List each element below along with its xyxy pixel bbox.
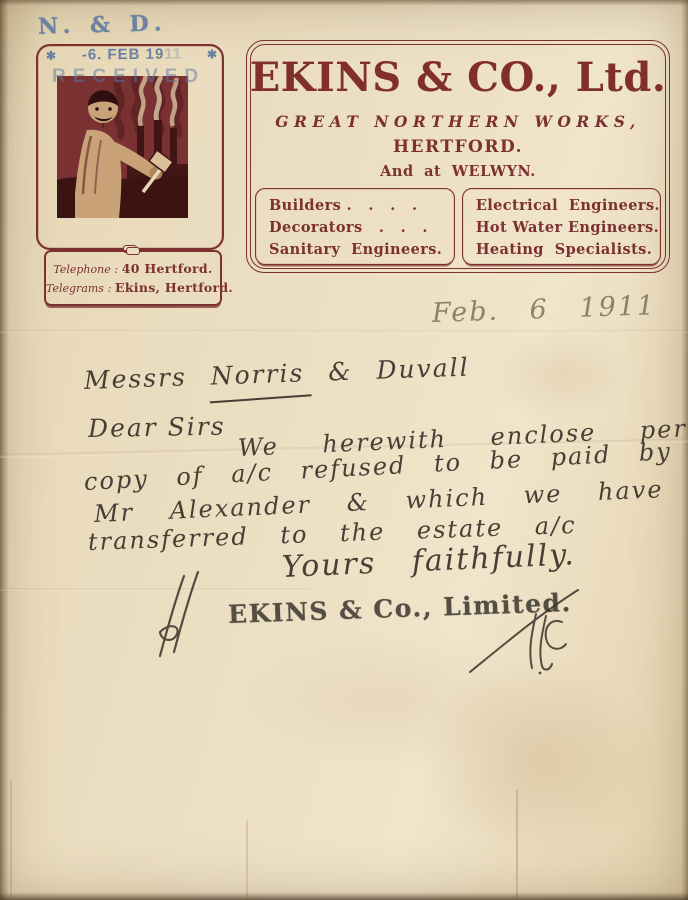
services-left-box: Builders . . . . Decorators . . . Sanita… [255,188,455,265]
fold-crease [246,820,248,900]
works-line: GREAT NORTHERN WORKS, [247,112,669,131]
per-pro-mark [150,568,220,660]
telephone-line: Telephone : 40 Hertford. [46,261,220,276]
age-stain [488,330,628,420]
handwritten-date: Feb. 6 1911 [431,290,656,329]
letterhead-box: EKINS & CO., Ltd. GREAT NORTHERN WORKS, … [246,40,670,273]
telegrams-label: Telegrams : [46,282,111,295]
addressee-name: Norris [210,358,305,390]
stamp-star-icon: ✱ [207,47,218,61]
paper-edge-top [0,0,688,6]
signature-monogram [462,588,584,676]
letter-page: N. & D. ✱-6. FEB 1911✱ RECEIVED [0,0,688,900]
service-item: Heating Specialists. [476,239,660,261]
salutation: Dear Sirs [88,412,226,443]
addressee-line: Messrs Norris & Duvall [83,353,470,395]
town-line: HERTFORD. [247,137,669,157]
fold-crease [0,330,688,333]
received-stamp-initials: N. & D. [38,10,168,39]
service-item: Electrical Engineers. [476,195,660,217]
fold-crease [10,780,12,900]
telegrams-line: Telegrams : Ekins, Hertford. [46,280,220,295]
addressee-name2: & Duvall [328,353,470,387]
service-item: Decorators . . . [269,217,454,239]
paper-edge-left [0,0,9,900]
contact-box: Telephone : 40 Hertford. Telegrams : Eki… [44,250,222,306]
received-stamp-word: RECEIVED [52,66,205,88]
telephone-value: 40 Hertford. [122,261,213,276]
fold-crease [516,790,518,900]
telephone-label: Telephone : [53,263,118,276]
received-date-stamp: ✱-6. FEB 1911✱ [46,45,218,64]
age-stain [408,650,668,870]
frame-ornament [126,247,140,255]
service-item: Hot Water Engineers. [476,217,660,239]
branch-line: And at WELWYN. [247,163,669,180]
services-right-box: Electrical Engineers. Hot Water Engineer… [462,188,661,265]
addressee-prefix: Messrs [83,362,187,395]
paper-edge-bottom [0,892,688,900]
services-row: Builders . . . . Decorators . . . Sanita… [255,188,661,265]
telegrams-value: Ekins, Hertford. [115,280,233,295]
service-item: Sanitary Engineers. [269,239,454,261]
company-name: EKINS & CO., Ltd. [247,54,669,101]
stamp-date-text: -6. FEB 1911 [82,46,183,64]
blacksmith-illustration [57,76,188,218]
paper-edge-right [681,0,688,900]
stamp-star-icon: ✱ [46,48,57,62]
service-item: Builders . . . . [269,195,454,217]
